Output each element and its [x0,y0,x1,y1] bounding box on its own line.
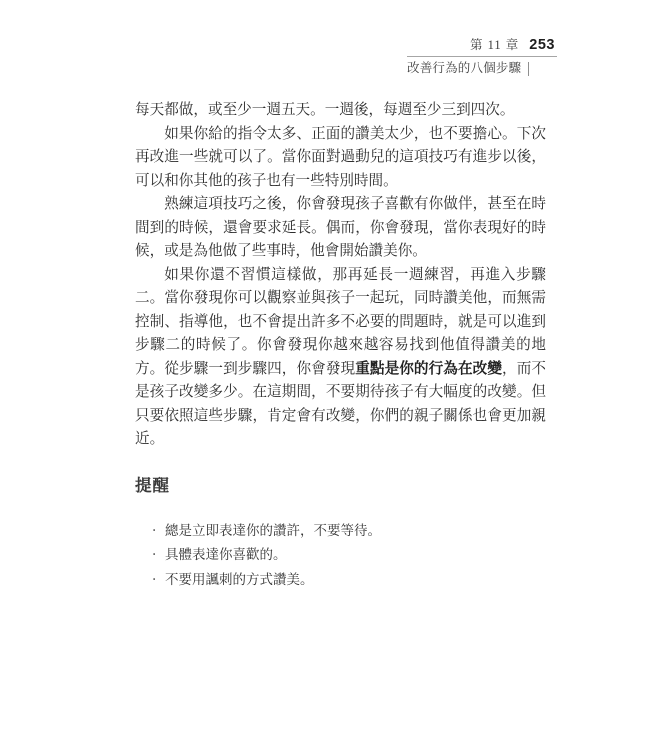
text-segment: ，而不 [502,361,546,377]
page-header: 第 11 章253 改善行為的八個步驟 [407,37,557,77]
bullet-item: ‧不要用諷刺的方式讚美。 [152,568,381,592]
chapter-title-row: 改善行為的八個步驟 [407,60,557,77]
text-line: 步驟二的時候了。你會發現你越來越容易找到他值得讚美的地 [135,334,546,358]
text-segment: 方。從步驟一到步驟四，你會發現 [135,361,355,377]
text-line: 候，或是為他做了些事時，他會開始讚美你。 [135,240,546,264]
text-line: 控制、指導他，也不會提出許多不必要的問題時，就是可以進到 [135,311,546,335]
text-line: 熟練這項技巧之後，你會發現孩子喜歡有你做伴，甚至在時 [135,193,546,217]
text-line: 只要依照這些步驟，肯定會有改變，你們的親子關係也會更加親 [135,405,546,429]
text-line: 可以和你其他的孩子也有一些特別時間。 [135,170,546,194]
text-line: 間到的時候，還會要求延長。偶而，你會發現，當你表現好的時 [135,217,546,241]
bullet-text: 不要用諷刺的方式讚美。 [165,572,314,587]
bullet-item: ‧總是立即表達你的讚許，不要等待。 [152,519,381,543]
title-divider-bar [528,62,529,76]
header-row: 第 11 章253 [407,37,557,56]
body-text: 每天都做，或至少一週五天。一週後，每週至少三到四次。 如果你給的指令太多、正面的… [135,99,546,452]
bullet-marker-icon: ‧ [152,519,165,543]
emphasized-text: 重點是你的行為在改變 [355,361,502,377]
text-line: 每天都做，或至少一週五天。一週後，每週至少三到四次。 [135,99,546,123]
chapter-label: 第 11 章 [470,38,519,52]
bullet-item: ‧具體表達你喜歡的。 [152,543,381,567]
reminder-bullet-list: ‧總是立即表達你的讚許，不要等待。 ‧具體表達你喜歡的。 ‧不要用諷刺的方式讚美… [152,519,381,592]
text-line: 再改進一些就可以了。當你面對過動兒的這項技巧有進步以後， [135,146,546,170]
text-line: 是孩子改變多少。在這期間，不要期待孩子有大幅度的改變。但 [135,381,546,405]
book-page: 第 11 章253 改善行為的八個步驟 每天都做，或至少一週五天。一週後，每週至… [0,0,650,750]
chapter-title: 改善行為的八個步驟 [407,60,521,77]
text-line: 二。當你發現你可以觀察並與孩子一起玩，同時讚美他，而無需 [135,287,546,311]
bullet-text: 總是立即表達你的讚許，不要等待。 [165,523,381,538]
text-line: 如果你還不習慣這樣做，那再延長一週練習，再進入步驟 [135,264,546,288]
text-line: 近。 [135,428,546,452]
bullet-marker-icon: ‧ [152,543,165,567]
bullet-marker-icon: ‧ [152,568,165,592]
reminder-heading: 提醒 [135,472,170,496]
text-line: 如果你給的指令太多、正面的讚美太少，也不要擔心。下次 [135,123,546,147]
text-line-with-emphasis: 方。從步驟一到步驟四，你會發現重點是你的行為在改變，而不 [135,358,546,382]
header-rule [407,56,557,57]
page-number: 253 [529,37,555,53]
bullet-text: 具體表達你喜歡的。 [165,547,287,562]
